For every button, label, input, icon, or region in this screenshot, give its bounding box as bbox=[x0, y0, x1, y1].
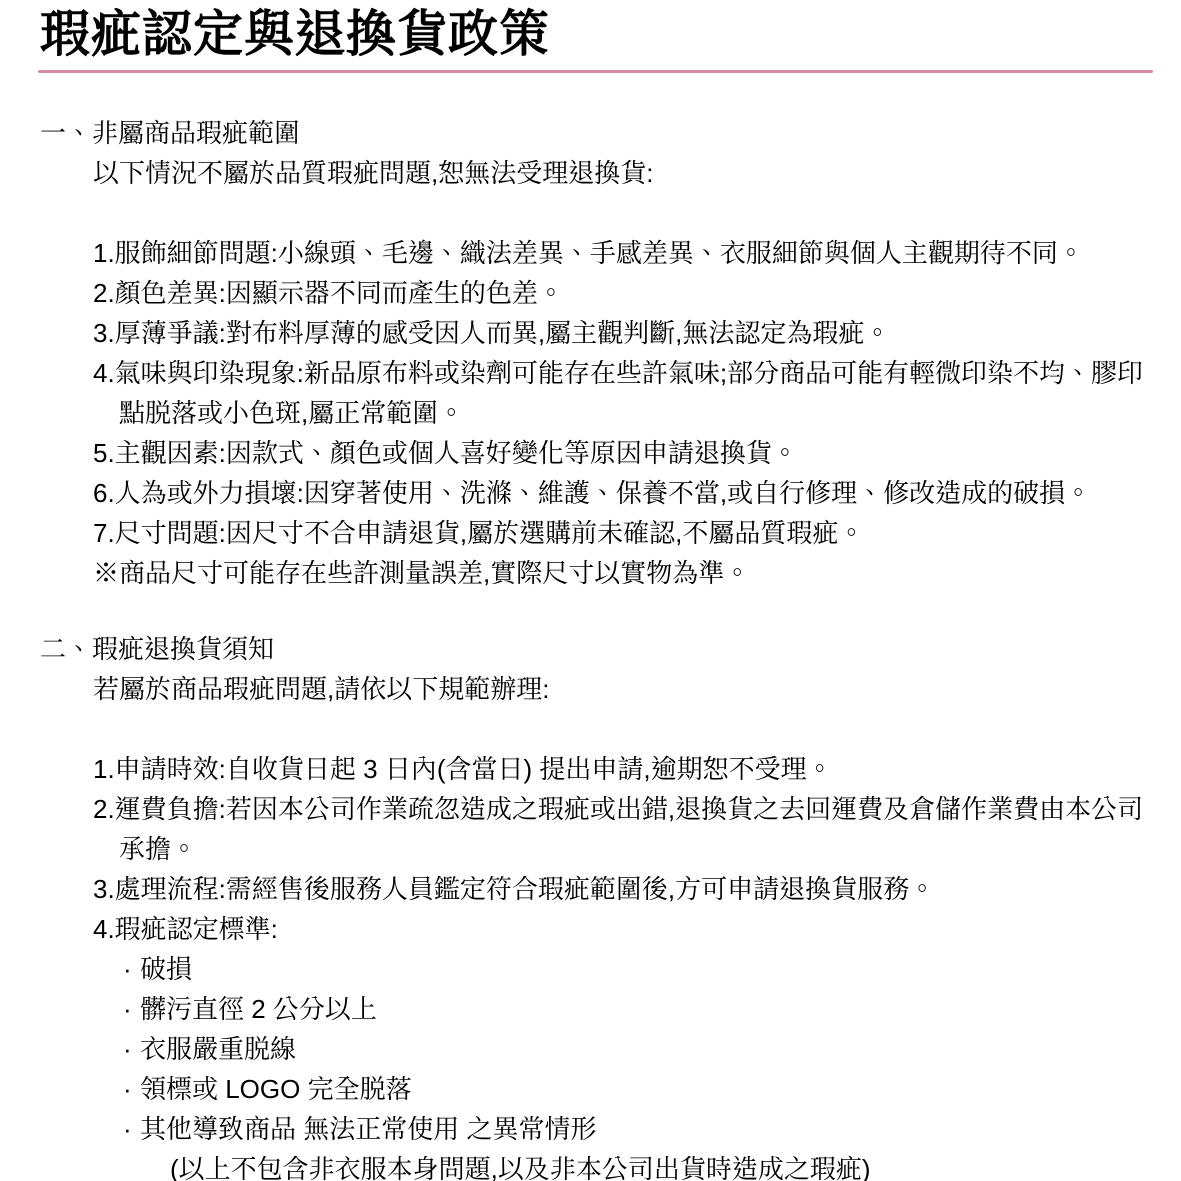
policy-page: 瑕疵認定與退換貨政策 一、非屬商品瑕疵範圍 以下情況不屬於品質瑕疵問題,恕無法受… bbox=[0, 0, 1181, 1181]
criteria-bullet-text: 領標或 LOGO 完全脱落 bbox=[140, 1074, 412, 1104]
criteria-bullet: ·髒污直徑 2 公分以上 bbox=[123, 989, 1153, 1029]
policy-item: 1.服飾細節問題:小線頭、毛邊、織法差異、手感差異、衣服細節與個人主觀期待不同。 bbox=[93, 233, 1153, 273]
bullet-dot: · bbox=[123, 1029, 140, 1069]
defect-return-items: 1.申請時效:自收貨日起 3 日內(含當日) 提出申請,逾期恕不受理。 2.運費… bbox=[93, 749, 1153, 1181]
policy-item: 4.瑕疵認定標準: bbox=[93, 909, 1153, 949]
policy-item: 4.氣味與印染現象:新品原布料或染劑可能存在些許氣味;部分商品可能有輕微印染不均… bbox=[93, 353, 1153, 433]
policy-item: 2.運費負擔:若因本公司作業疏忽造成之瑕疵或出錯,退換貨之去回運費及倉儲作業費由… bbox=[93, 789, 1153, 869]
criteria-bullet-text: 髒污直徑 2 公分以上 bbox=[140, 994, 377, 1024]
criteria-bullet-text: 衣服嚴重脱線 bbox=[140, 1034, 296, 1064]
section-non-defect-scope: 一、非屬商品瑕疵範圍 以下情況不屬於品質瑕疵問題,恕無法受理退換貨: 1.服飾細… bbox=[40, 113, 1153, 593]
bullet-dot: · bbox=[123, 1109, 140, 1149]
criteria-bullet: ·破損 bbox=[123, 949, 1153, 989]
criteria-bullet: ·衣服嚴重脱線 bbox=[123, 1029, 1153, 1069]
policy-item: 3.處理流程:需經售後服務人員鑑定符合瑕疵範圍後,方可申請退換貨服務。 bbox=[93, 869, 1153, 909]
title-divider bbox=[38, 70, 1153, 73]
defect-criteria-list: ·破損 ·髒污直徑 2 公分以上 ·衣服嚴重脱線 ·領標或 LOGO 完全脱落 … bbox=[123, 949, 1153, 1181]
bullet-dot: · bbox=[123, 989, 140, 1029]
criteria-bullet-text: 其他導致商品 無法正常使用 之異常情形 bbox=[140, 1114, 596, 1144]
policy-item: 7.尺寸問題:因尺寸不合申請退貨,屬於選購前未確認,不屬品質瑕疵。 bbox=[93, 513, 1153, 553]
criteria-bullet: ·其他導致商品 無法正常使用 之異常情形 bbox=[123, 1109, 1153, 1149]
non-defect-items: 1.服飾細節問題:小線頭、毛邊、織法差異、手感差異、衣服細節與個人主觀期待不同。… bbox=[93, 233, 1153, 593]
criteria-bullet: ·領標或 LOGO 完全脱落 bbox=[123, 1069, 1153, 1109]
bullet-dot: · bbox=[123, 1069, 140, 1109]
policy-item: 1.申請時效:自收貨日起 3 日內(含當日) 提出申請,逾期恕不受理。 bbox=[93, 749, 1153, 789]
size-tolerance-note: ※商品尺寸可能存在些許測量誤差,實際尺寸以實物為準。 bbox=[93, 553, 1153, 593]
criteria-exclusion-note: (以上不包含非衣服本身問題,以及非本公司出貨時造成之瑕疵) bbox=[170, 1149, 1153, 1181]
section-heading: 一、非屬商品瑕疵範圍 bbox=[40, 113, 1153, 153]
policy-item: 3.厚薄爭議:對布料厚薄的感受因人而異,屬主觀判斷,無法認定為瑕疵。 bbox=[93, 313, 1153, 353]
policy-item: 5.主觀因素:因款式、顏色或個人喜好變化等原因申請退換貨。 bbox=[93, 433, 1153, 473]
section-intro: 若屬於商品瑕疵問題,請依以下規範辦理: bbox=[93, 669, 1153, 709]
bullet-dot: · bbox=[123, 949, 140, 989]
section-defect-return-policy: 二、瑕疵退換貨須知 若屬於商品瑕疵問題,請依以下規範辦理: 1.申請時效:自收貨… bbox=[40, 629, 1153, 1181]
section-intro: 以下情況不屬於品質瑕疵問題,恕無法受理退換貨: bbox=[93, 153, 1153, 193]
criteria-bullet-text: 破損 bbox=[140, 954, 192, 984]
page-title: 瑕疵認定與退換貨政策 bbox=[40, 0, 1153, 62]
policy-item: 2.顏色差異:因顯示器不同而產生的色差。 bbox=[93, 273, 1153, 313]
policy-item: 6.人為或外力損壞:因穿著使用、洗滌、維護、保養不當,或自行修理、修改造成的破損… bbox=[93, 473, 1153, 513]
section-heading: 二、瑕疵退換貨須知 bbox=[40, 629, 1153, 669]
